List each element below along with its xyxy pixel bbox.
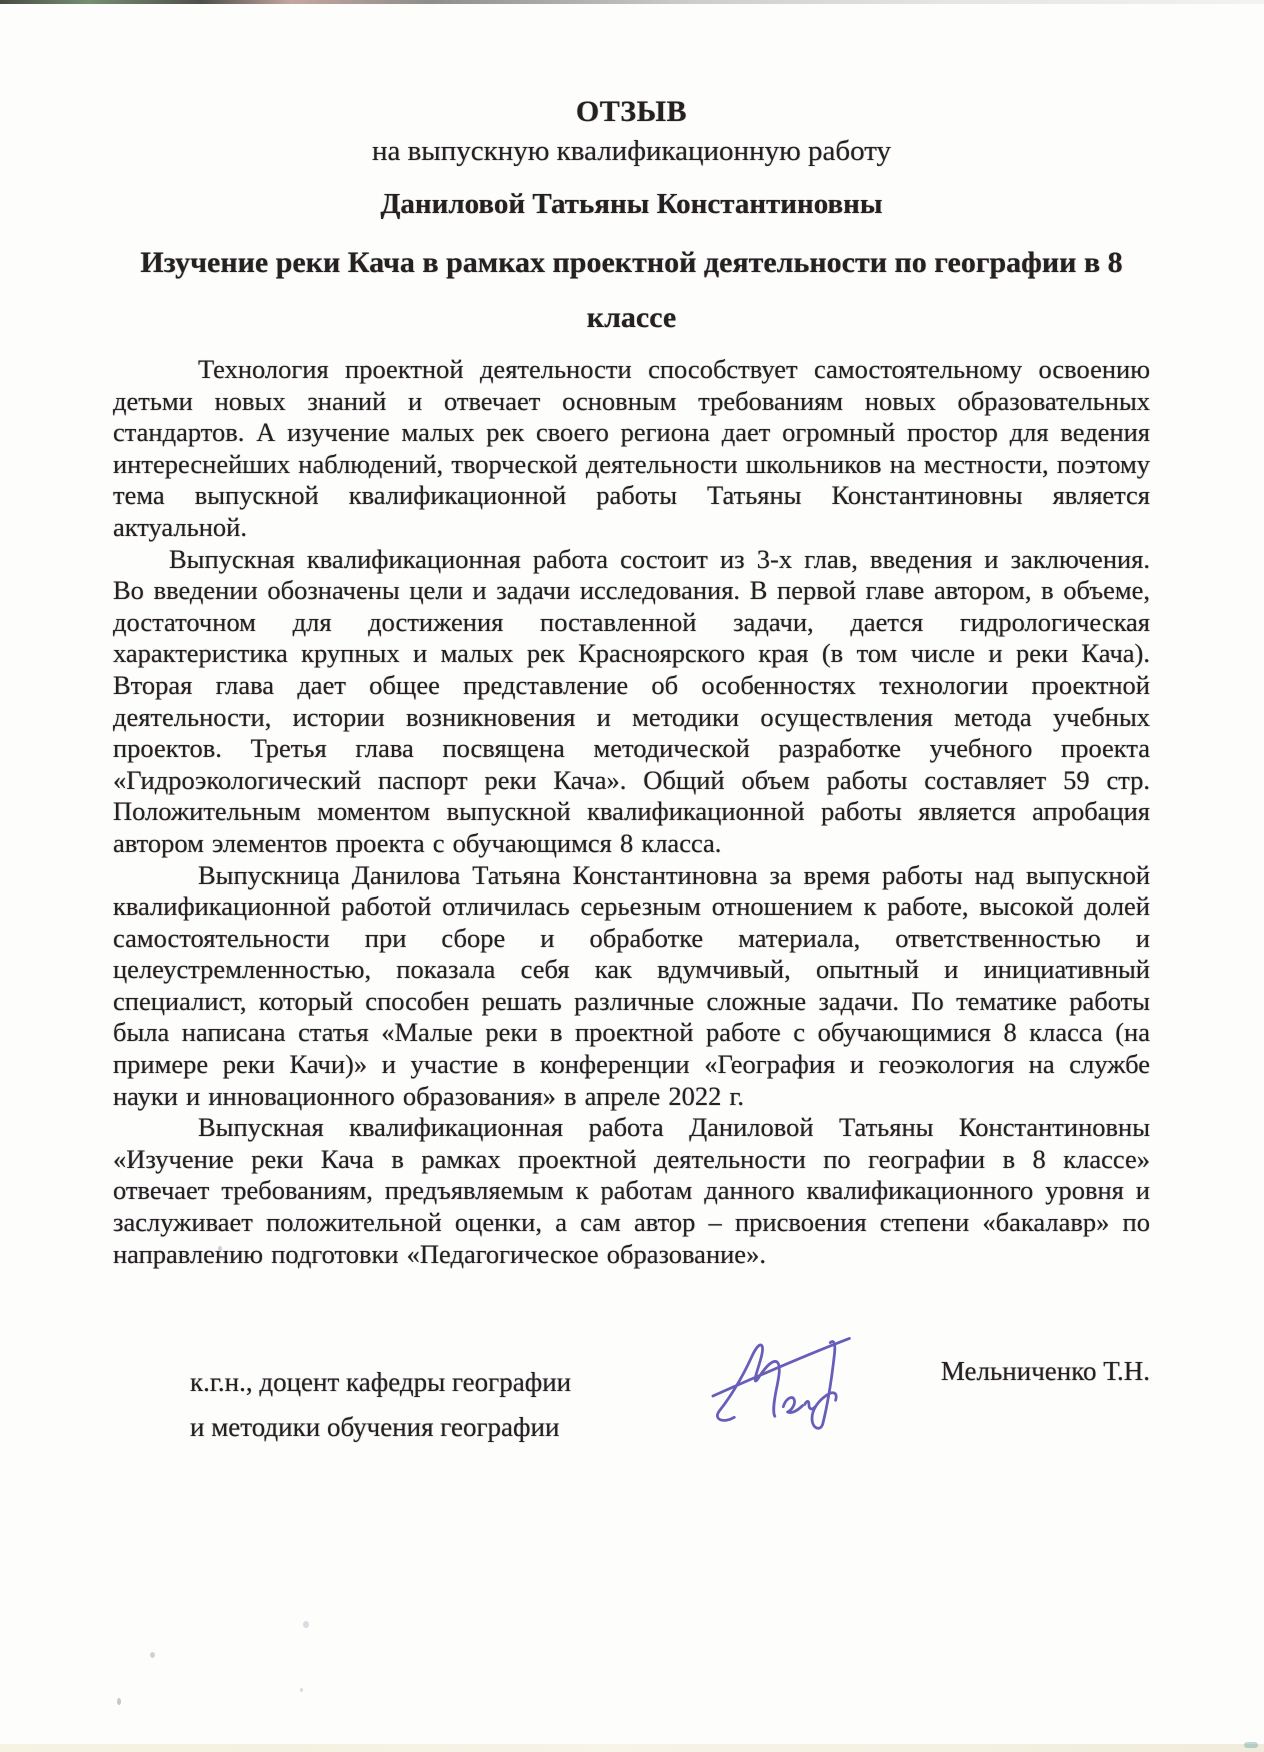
review-subtitle: на выпускную квалификационную работу [113, 135, 1150, 167]
scanned-review-page: ОТЗЫВ на выпускную квалификационную рабо… [0, 0, 1264, 1752]
handwritten-signature [698, 1308, 858, 1436]
paragraph-3: Выпускница Данилова Татьяна Константинов… [113, 860, 1150, 1113]
paragraph-4: Выпускная квалификационная работа Данило… [113, 1112, 1150, 1270]
document-content: ОТЗЫВ на выпускную квалификационную рабо… [113, 96, 1150, 1500]
work-title-line1: Изучение реки Кача в рамках проектной де… [113, 246, 1150, 280]
reviewer-position: к.г.н., доцент кафедры географии и метод… [190, 1360, 571, 1450]
scan-top-edge-artifact [0, 0, 1264, 4]
reviewer-name: Мельниченко Т.Н. [941, 1356, 1150, 1387]
scan-bottom-edge-artifact [0, 1744, 1264, 1752]
scan-speck [218, 1246, 222, 1251]
scan-speck [150, 1652, 155, 1658]
reviewer-position-line1: к.г.н., доцент кафедры географии [190, 1360, 571, 1405]
signature-block: к.г.н., доцент кафедры географии и метод… [113, 1360, 1150, 1500]
student-name: Даниловой Татьяны Константиновны [113, 188, 1150, 220]
paragraph-1: Технология проектной деятельности способ… [113, 354, 1150, 544]
work-title-line2: классе [113, 301, 1150, 335]
signature-ink-strokes [698, 1308, 858, 1436]
review-title: ОТЗЫВ [113, 96, 1150, 128]
scan-speck [303, 1621, 309, 1628]
review-body: Технология проектной деятельности способ… [113, 354, 1150, 1270]
scan-teal-mark [1244, 1742, 1258, 1748]
scan-speck [300, 1688, 303, 1692]
reviewer-position-line2: и методики обучения географии [190, 1405, 571, 1450]
scan-speck [117, 1698, 121, 1705]
paragraph-2: Выпускная квалификационная работа состои… [113, 544, 1150, 860]
